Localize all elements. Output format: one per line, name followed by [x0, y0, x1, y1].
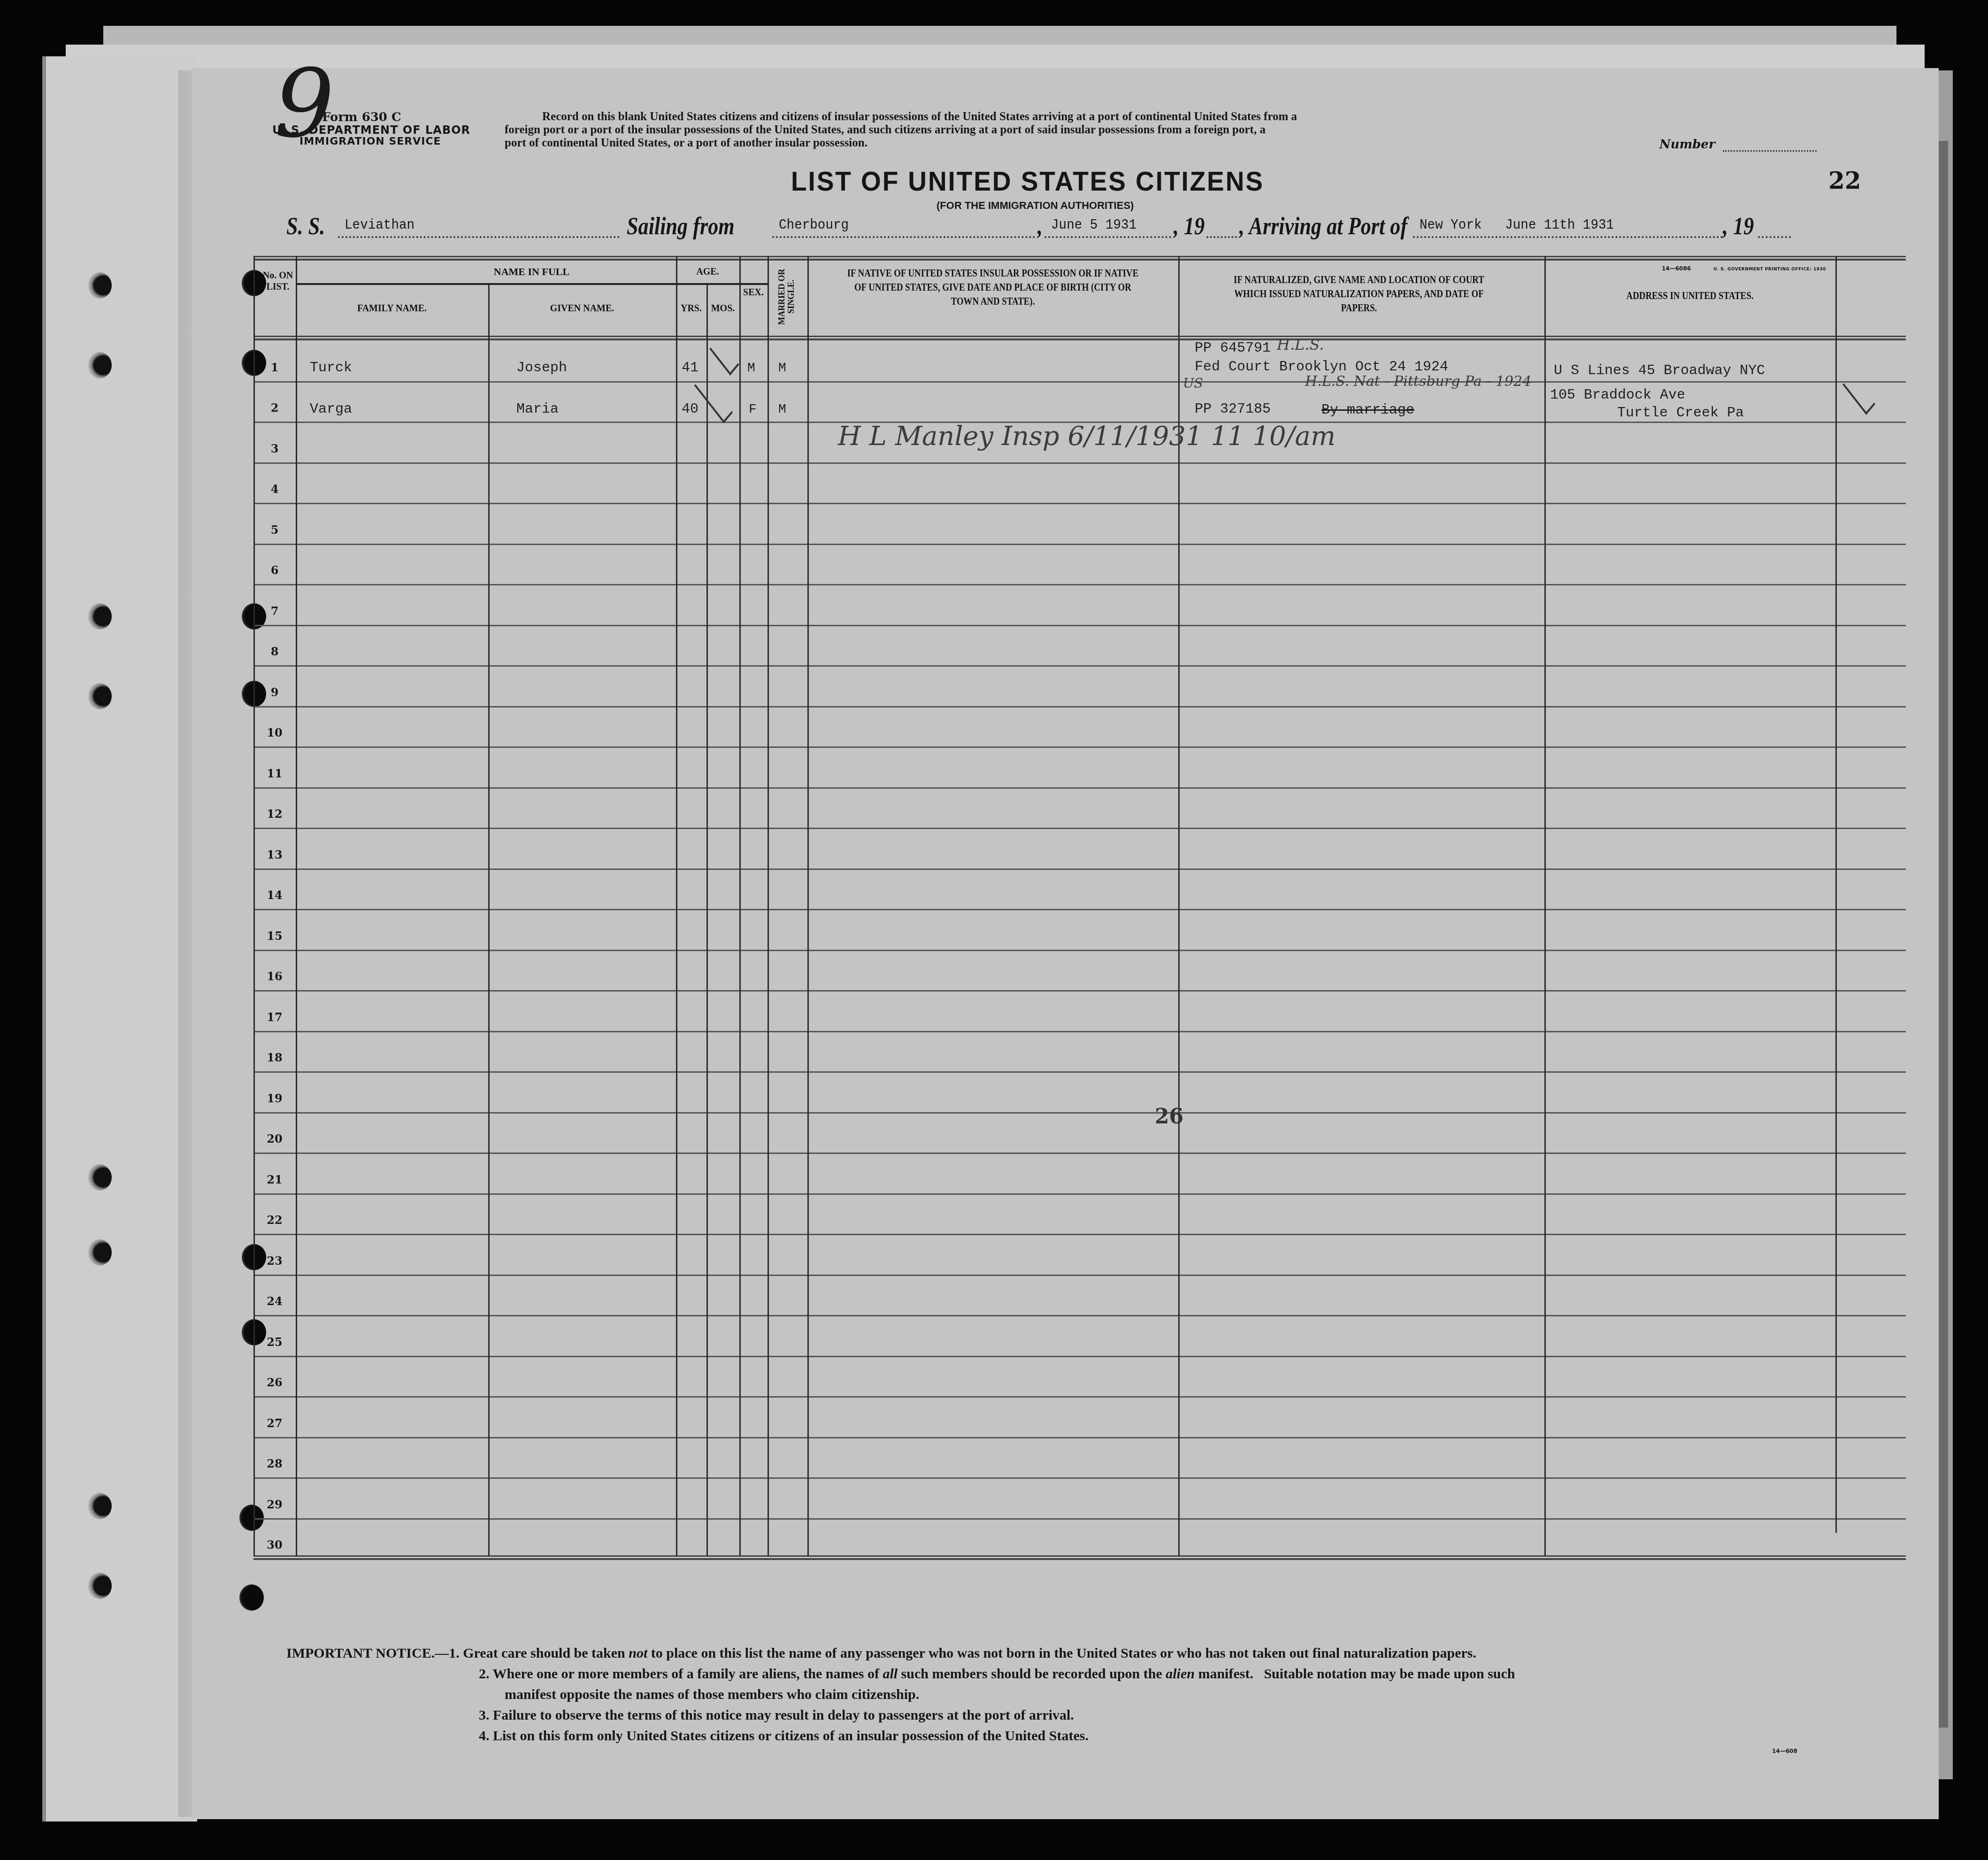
citizen-manifest-table: No. ON LIST. NAME IN FULL FAMILY NAME. G…: [253, 256, 1906, 1570]
ship-label: S. S.: [286, 213, 325, 240]
row-rule: [253, 1071, 1906, 1073]
row-rule: [253, 1234, 1906, 1235]
sailing-from-label: Sailing from: [627, 213, 735, 240]
arrival-year-field: [1758, 217, 1791, 238]
row-1-inspector-initials: H.L.S.: [1277, 336, 1324, 354]
row-2-family-name: Varga: [310, 401, 352, 417]
row-2-age-yrs: 40: [682, 401, 698, 417]
col-rule: [706, 284, 708, 1556]
row-number: 2: [253, 401, 296, 415]
binder-hole-icon: [87, 272, 112, 299]
row-rule: [253, 1477, 1906, 1479]
row-2-naturalization-annotation: H.L.S. Nat - Pittsburg Pa - 1924: [1305, 373, 1531, 390]
row-rule: [253, 1153, 1906, 1154]
row-number: 21: [253, 1173, 296, 1186]
row-rule: [253, 1356, 1906, 1357]
row-number: 22: [253, 1213, 296, 1227]
row-number: 12: [253, 807, 296, 821]
row-rule: [253, 1396, 1906, 1398]
row-number: 4: [253, 482, 296, 496]
row-rule: [253, 746, 1906, 748]
row-number: 28: [253, 1457, 296, 1470]
page-subtitle: (FOR THE IMMIGRATION AUTHORITIES): [936, 200, 1134, 212]
check-mark-icon: [1842, 374, 1875, 415]
row-rule: [253, 381, 1906, 383]
row-number: 6: [253, 563, 296, 577]
service-name: IMMIGRATION SERVICE: [299, 136, 441, 147]
binder-hole-icon: [87, 1493, 112, 1519]
arrival-port-date-field: New York June 11th 1931: [1413, 217, 1723, 238]
table-top-rule: [253, 256, 1906, 261]
row-rule: [253, 1437, 1906, 1438]
row-number: 23: [253, 1254, 296, 1268]
header-native-birth: IF NATIVE OF UNITED STATES INSULAR POSSE…: [844, 266, 1141, 308]
header-address: ADDRESS IN UNITED STATES.: [1574, 289, 1805, 303]
row-rule: [253, 909, 1906, 910]
row-number: 29: [253, 1498, 296, 1511]
row-rule: [253, 665, 1906, 667]
page-number: 22: [1828, 167, 1861, 194]
form-number: Form 630 C: [322, 110, 401, 124]
row-rule: [253, 787, 1906, 789]
number-field: [1723, 150, 1817, 152]
col-rule: [739, 256, 741, 1556]
punch-hole-icon: [239, 1584, 264, 1611]
stamp-number: 26: [1155, 1105, 1183, 1129]
important-notice: IMPORTANT NOTICE.—1. Great care should b…: [286, 1643, 1515, 1746]
row-number: 20: [253, 1132, 296, 1145]
header-age-yrs: YRS.: [676, 303, 706, 314]
department-name: U. S. DEPARTMENT OF LABOR: [272, 123, 470, 137]
print-code-footer: 14—608: [1772, 1748, 1797, 1754]
row-number: 5: [253, 523, 296, 537]
row-rule: [253, 1315, 1906, 1316]
header-married-or-single: MARRIED OR SINGLE.: [777, 261, 800, 332]
instruction-line-3: port of continental United States, or a …: [505, 137, 1594, 150]
row-number: 17: [253, 1010, 296, 1024]
row-number: 27: [253, 1416, 296, 1430]
binder-hole-icon: [87, 1164, 112, 1191]
row-number: 13: [253, 848, 296, 861]
comma: ,: [1037, 213, 1043, 240]
row-number: 16: [253, 969, 296, 983]
sailing-year-field: [1206, 217, 1237, 238]
number-label: Number: [1659, 138, 1715, 152]
row-number: 19: [253, 1091, 296, 1105]
row-number: 11: [253, 767, 296, 780]
manifest-page: 9 Form 630 C U. S. DEPARTMENT OF LABOR I…: [192, 68, 1939, 1819]
col-rule: [488, 284, 490, 1556]
row-number: 18: [253, 1051, 296, 1064]
row-2-given-name: Maria: [516, 401, 559, 417]
row-rule: [253, 625, 1906, 626]
row-rule: [253, 1112, 1906, 1114]
row-rule: [253, 1518, 1906, 1520]
row-1-naturalization-papers: PP 645791: [1195, 340, 1271, 356]
row-rule: [253, 1275, 1906, 1276]
sailing-date-field: June 5 1931: [1044, 217, 1171, 238]
row-number: 10: [253, 726, 296, 739]
binder-hole-icon: [87, 683, 112, 709]
name-group-rule: [296, 283, 768, 285]
row-rule: [253, 462, 1906, 464]
col-rule: [768, 256, 769, 1556]
row-1-family-name: Turck: [310, 360, 352, 376]
row-rule: [253, 990, 1906, 991]
row-number: 7: [253, 604, 296, 618]
row-1-sex: M: [747, 361, 755, 376]
row-rule: [253, 1031, 1906, 1032]
row-number: 26: [253, 1376, 296, 1389]
notice-item-2-continued: manifest opposite the names of those mem…: [286, 1684, 1515, 1705]
header-family-name: FAMILY NAME.: [296, 303, 488, 314]
ship-name-field: Leviathan: [338, 217, 620, 238]
row-1-naturalization-court: Fed Court Brooklyn Oct 24 1924: [1195, 359, 1448, 375]
col-rule: [296, 256, 297, 1556]
binder-hole-icon: [87, 1573, 112, 1599]
row-rule: [253, 950, 1906, 951]
row-number: 8: [253, 645, 296, 658]
row-rule: [253, 1193, 1906, 1195]
binder-margin-page: [42, 56, 197, 1822]
row-1-age-yrs: 41: [682, 360, 698, 376]
row-number: 30: [253, 1538, 296, 1552]
row-number: 15: [253, 929, 296, 943]
row-number: 25: [253, 1335, 296, 1349]
header-age: AGE.: [676, 266, 739, 277]
header-bottom-rule: [253, 336, 1906, 340]
header-sex: SEX.: [739, 287, 768, 298]
row-rule: [253, 544, 1906, 545]
row-2-sex: F: [749, 402, 757, 417]
row-2-address-line-2: Turtle Creek Pa: [1617, 405, 1744, 421]
instruction-line-1: Record on this blank United States citiz…: [505, 110, 1594, 123]
header-naturalization: IF NATURALIZED, GIVE NAME AND LOCATION O…: [1219, 273, 1500, 315]
row-rule: [253, 869, 1906, 870]
notice-item-2: 2. Where one or more members of a family…: [286, 1664, 1515, 1684]
header-no-on-list: No. ON LIST.: [259, 270, 297, 292]
binder-hole-icon: [87, 1239, 112, 1266]
row-2-naturalization-struck: By marriage: [1321, 402, 1414, 418]
row-rule: [253, 828, 1906, 829]
notice-item-4: 4. List on this form only United States …: [286, 1726, 1515, 1746]
header-given-name: GIVEN NAME.: [488, 303, 676, 314]
row-rule: [253, 706, 1906, 707]
row-2-marital-status: M: [778, 402, 786, 417]
header-age-mos: MOS.: [706, 303, 739, 314]
inspector-signature: H L Manley Insp 6/11/1931 11 10/am: [838, 421, 1336, 452]
col-rule: [676, 256, 677, 1556]
table-bottom-rule: [253, 1555, 1906, 1560]
row-1-marital-status: M: [778, 361, 786, 376]
row-number: 9: [253, 685, 296, 699]
instruction-line-2: foreign port or a port of the insular po…: [505, 123, 1594, 137]
row-1-address: U S Lines 45 Broadway NYC: [1554, 363, 1765, 379]
binder-hole-icon: [87, 352, 112, 378]
row-2-address-line-1: 105 Braddock Ave: [1550, 387, 1685, 403]
row-2-naturalization-papers: PP 327185: [1195, 401, 1271, 417]
row-rule: [253, 503, 1906, 504]
binder-hole-icon: [87, 603, 112, 630]
row-number: 1: [253, 361, 296, 374]
notice-item-3: 3. Failure to observe the terms of this …: [286, 1705, 1515, 1726]
sailing-year-label: , 19: [1174, 213, 1205, 240]
arrival-year-label: , 19: [1723, 213, 1754, 240]
col-rule: [807, 256, 809, 1556]
col-rule: [1544, 256, 1546, 1556]
arriving-label: , Arriving at Port of: [1239, 213, 1407, 240]
page-title: LIST OF UNITED STATES CITIZENS: [791, 166, 1264, 197]
row-number: 24: [253, 1294, 296, 1308]
row-number: 3: [253, 442, 296, 455]
notice-item-1: IMPORTANT NOTICE.—1. Great care should b…: [286, 1643, 1515, 1664]
row-2-us-annotation: US: [1183, 376, 1203, 391]
form-instructions: Record on this blank United States citiz…: [505, 110, 1594, 150]
row-rule: [253, 584, 1906, 585]
col-rule: [1835, 256, 1837, 1533]
row-1-given-name: Joseph: [516, 360, 567, 376]
sailing-port-field: Cherbourg: [772, 217, 1035, 238]
row-number: 14: [253, 888, 296, 902]
check-mark-icon: [709, 338, 739, 375]
